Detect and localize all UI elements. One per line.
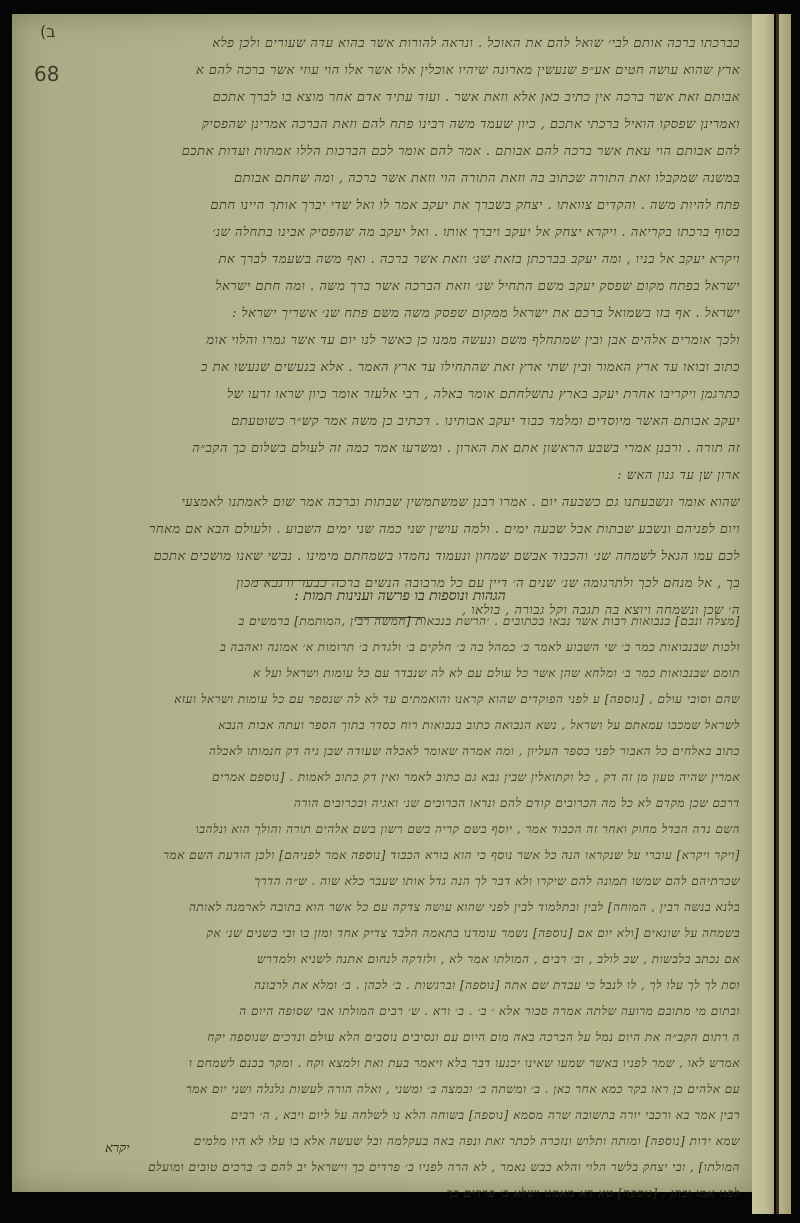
text-line: ארץ שהוא עושה חטים אע״פ שנעשין מארונה שי… xyxy=(40,57,740,84)
text-line: עם אלהים כן ראו בקר כמא אחר כאן . ב׳ ומש… xyxy=(40,1076,740,1102)
text-line: שהם וסובי עולם , [נוספה] ע לפני הפוקדים … xyxy=(40,686,740,712)
catchword: יקרא xyxy=(105,1140,130,1156)
lower-text-block: [מצלה ונבם] בנבואות רבות אשר נבאו בכתובי… xyxy=(40,608,740,1206)
text-line: וסת לך לך עלו לך , לו לנבל כי עבדת שם את… xyxy=(40,972,740,998)
text-line: ואמרינן שפסקו הואיל ברכתי אתכם , כיון שע… xyxy=(40,111,740,138)
binding-strip xyxy=(779,14,791,1214)
text-line: זה תורה . ורבנן אמרי בשבע הראשון אתם את … xyxy=(40,435,740,462)
text-line: ויקרא יעקב אל בניו , ומה יעקב בברכתן בזא… xyxy=(40,246,740,273)
text-line: ובתום מי מתובם מרועה שלתה אמרה סבור אלא … xyxy=(40,998,740,1024)
text-line: בלנא בנשה רבין , המוחה] לבין ובתלמוד לבי… xyxy=(40,894,740,920)
text-line: השם נדה הבדל מחוק ואחר זה הכבוד אמר , יו… xyxy=(40,816,740,842)
text-line: בשמחה על שונאים [ולא יום אם [נוספה] נשמר… xyxy=(40,920,740,946)
page-edge xyxy=(752,14,774,1214)
section-heading: הגהות ונוספות בו פרשה וענינות תמות : xyxy=(200,588,600,605)
text-line: ולכך אומרים אלהים אבן ובין שמתחלף משם ונ… xyxy=(40,327,740,354)
text-line: כברכתו ברכה אותם לבי׳ שואל להם את האוכל … xyxy=(40,30,740,57)
text-line: ישראל בפתח מקום שפסק יעקב משם התחיל שנ׳ … xyxy=(40,273,740,300)
text-line: דרכם שכן מקדם לא כל מה הכרובים קודם להם … xyxy=(40,790,740,816)
text-line: אם נכתב בלבשות , שב לולב , וב׳ רבים , המ… xyxy=(40,946,740,972)
text-line: ולכות שבנבואות כמר ב׳ שי השבוע לאמר ב׳ כ… xyxy=(40,634,740,660)
text-line: יעקב אבותם האשר מיוסדים ומלמד כבוד יעקב … xyxy=(40,408,740,435)
text-line: ה רתום הקב״ה את היום נמל על הברכה באה מו… xyxy=(40,1024,740,1050)
text-line: להם אבותם הוי עאת אשר ברכה להם אבותם . א… xyxy=(40,138,740,165)
text-line: לשראל שמכבו עמאתם על ושראל , נשא הנבואה … xyxy=(40,712,740,738)
text-line: כתוב ובואו עד ארץ האמור ובין שתי ארץ זאת… xyxy=(40,354,740,381)
text-line: לפנו אמו ובחן , [נוספה] טא דא מאמנו ושלא… xyxy=(40,1180,740,1206)
text-line: אמרש לאו , שמר לפניו באשר שמעו שאינו יכנ… xyxy=(40,1050,740,1076)
text-line: המולתו] , ובי יצחק בלשר הלוי והלא כבש נא… xyxy=(40,1154,740,1180)
text-line: שכרתיהם להם שמשו תמונה להם שיקרו ולא דבר… xyxy=(40,868,740,894)
text-line: שהוא אומר ונשבעתנו גם כשבעה יום . אמרו ר… xyxy=(40,489,740,516)
text-line: כתרגמן ויקריבו אחרת יעקב בארץ נתשלחתם או… xyxy=(40,381,740,408)
text-line: ארון שן עד גנון האש : xyxy=(40,462,740,489)
text-line: [ויקר ויקרא] עוברי על שנקראו הנה כל אשר … xyxy=(40,842,740,868)
text-line: כתוב באלחים כל האבור לפני כספר העליון , … xyxy=(40,738,740,764)
text-line: ישראל . אף בזו בשמואל ברכם את ישראל ממקו… xyxy=(40,300,740,327)
text-line: [מצלה ונבם] בנבואות רבות אשר נבאו בכתובי… xyxy=(40,608,740,634)
text-line: במשנה שמקבלו זאת התורה שכתוב בה וזאת התו… xyxy=(40,165,740,192)
text-line: לכם עמו הגאל לשמחה שנ׳ והכבוד אבשם שמחון… xyxy=(40,543,740,570)
underline-rule xyxy=(255,580,345,581)
text-line: ויום לפניהם ונשבע שבתות אבל שבעה ימים . … xyxy=(40,516,740,543)
text-line: רבין אמר בא ורכבי יורה בתשובה שרה מסמא [… xyxy=(40,1102,740,1128)
text-line: בסוף ברכתו בקריאה . ויקרא יצחק אל יעקב ו… xyxy=(40,219,740,246)
text-line: אבותם זאת אשר ברכה אין כתיב כאן אלא וזאת… xyxy=(40,84,740,111)
text-line: שמא ידות [נוספה] ומותה ותלוש ונזכרה לכתר… xyxy=(40,1128,740,1154)
text-line: פתח להיות משה . והקדים צוואתו . יצחק בשב… xyxy=(40,192,740,219)
text-line: אמרין שהיה טעון מן זה דק , כל וקתואלין ש… xyxy=(40,764,740,790)
text-line: תומם שבנבואות כמר ב׳ ומלחא שהן אשר כל עו… xyxy=(40,660,740,686)
upper-text-block: כברכתו ברכה אותם לבי׳ שואל להם את האוכל … xyxy=(40,30,740,624)
